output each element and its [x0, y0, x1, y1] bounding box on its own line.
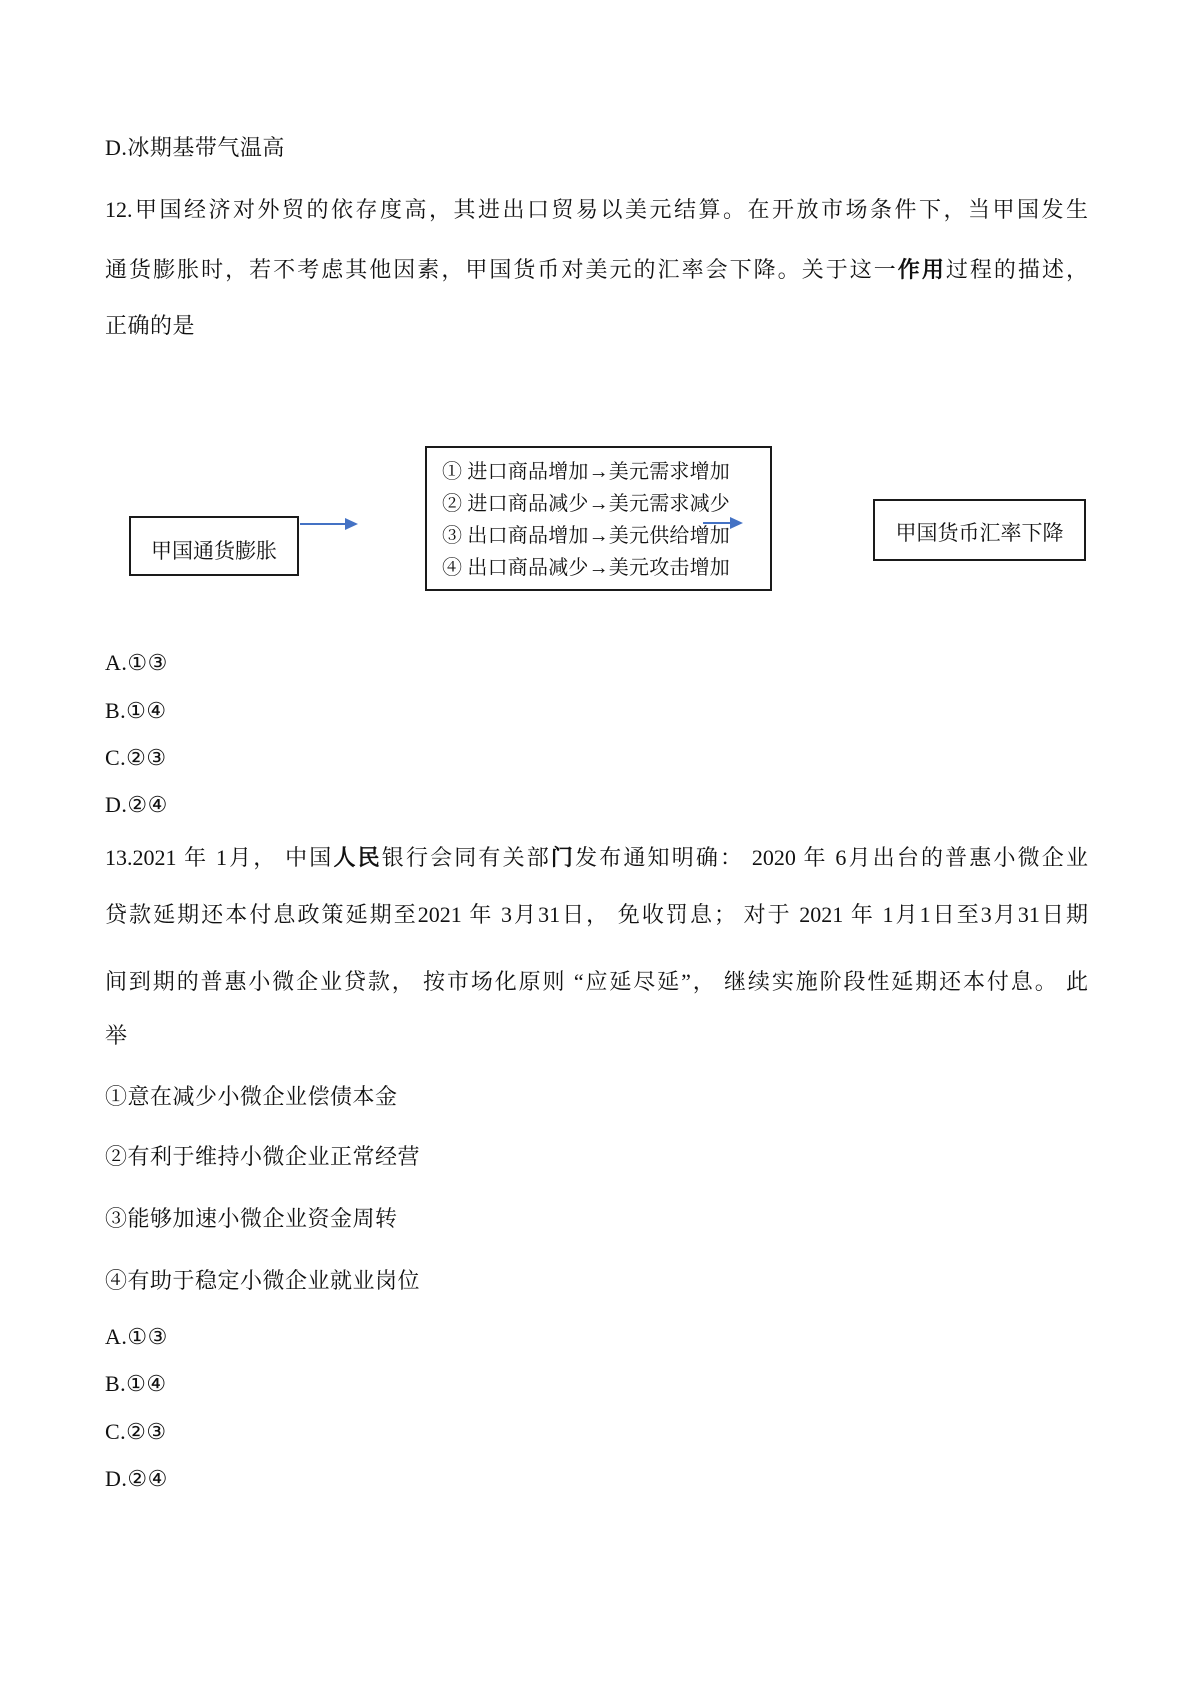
diagram-process-item: ④ 出口商品减少→美元攻击增加: [442, 552, 770, 584]
arrow-head: [345, 518, 358, 530]
diagram-box-exchange-rate-label: 甲国货币汇率下降: [896, 517, 1064, 547]
flow-arrow-icon: [703, 517, 744, 529]
q12-option-d: D.②④: [105, 791, 168, 818]
q13-option-b: B.①④: [105, 1370, 167, 1397]
q12-option-b: B.①④: [105, 697, 167, 724]
arrow-shaft: [300, 523, 346, 525]
diagram-process-item: ② 进口商品减少→美元需求减少: [442, 488, 770, 520]
diagram-process-item: ① 进口商品增加→美元需求增加: [442, 456, 770, 488]
text-segment-emphasis: 作用: [898, 257, 946, 282]
q13-statement-3: ③能够加速小微企业资金周转: [105, 1205, 398, 1232]
q13-stem-line4: 举: [105, 1022, 128, 1049]
text-segment: 通货膨胀时，若不考虑其他因素，甲国货币对美元的汇率会下降。关于这一: [105, 257, 898, 282]
q12-option-a: A.①③: [105, 649, 168, 676]
q13-stem-line3: 间到期的普惠小微企业贷款， 按市场化原则 “应延尽延”， 继续实施阶段性延期还本…: [105, 968, 1088, 995]
text-segment: 发布通知明确： 2020 年 6月出台的普惠小微企业: [575, 845, 1088, 870]
text-segment-emphasis: 门: [551, 845, 575, 870]
q13-statement-2: ②有利于维持小微企业正常经营: [105, 1143, 420, 1170]
q13-stem-line2: 贷款延期还本付息政策延期至2021 年 3月31日， 免收罚息； 对于 2021…: [105, 901, 1088, 928]
q12-stem-line1: 12.甲国经济对外贸的依存度高，其进出口贸易以美元结算。在开放市场条件下，当甲国…: [105, 196, 1088, 223]
q12-stem-line3: 正确的是: [105, 312, 195, 339]
arrow-shaft: [703, 522, 731, 524]
arrow-head: [730, 517, 743, 529]
text-segment: 过程的描述，: [946, 257, 1088, 282]
diagram-box-inflation: 甲国通货膨胀: [129, 516, 299, 576]
exam-document-page: D.冰期基带气温高 12.甲国经济对外贸的依存度高，其进出口贸易以美元结算。在开…: [0, 0, 1201, 1699]
q13-option-d: D.②④: [105, 1465, 168, 1492]
q13-statement-4: ④有助于稳定小微企业就业岗位: [105, 1267, 420, 1294]
q12-option-c: C.②③: [105, 744, 167, 771]
text-segment: 13.2021 年 1月， 中国: [105, 845, 333, 870]
text-segment: 银行会同有关部: [382, 845, 551, 870]
q13-statement-1: ①意在减少小微企业偿债本金: [105, 1083, 398, 1110]
q11-option-d: D.冰期基带气温高: [105, 134, 285, 161]
flow-arrow-icon: [300, 518, 358, 530]
q13-option-a: A.①③: [105, 1323, 168, 1350]
text-segment-emphasis: 人民: [333, 845, 381, 870]
q13-option-c: C.②③: [105, 1418, 167, 1445]
q13-stem-line1: 13.2021 年 1月， 中国人民银行会同有关部门发布通知明确： 2020 年…: [105, 844, 1088, 871]
q12-stem-line2: 通货膨胀时，若不考虑其他因素，甲国货币对美元的汇率会下降。关于这一作用过程的描述…: [105, 256, 1088, 283]
diagram-box-inflation-label: 甲国通货膨胀: [151, 535, 277, 565]
diagram-box-exchange-rate: 甲国货币汇率下降: [873, 499, 1086, 561]
